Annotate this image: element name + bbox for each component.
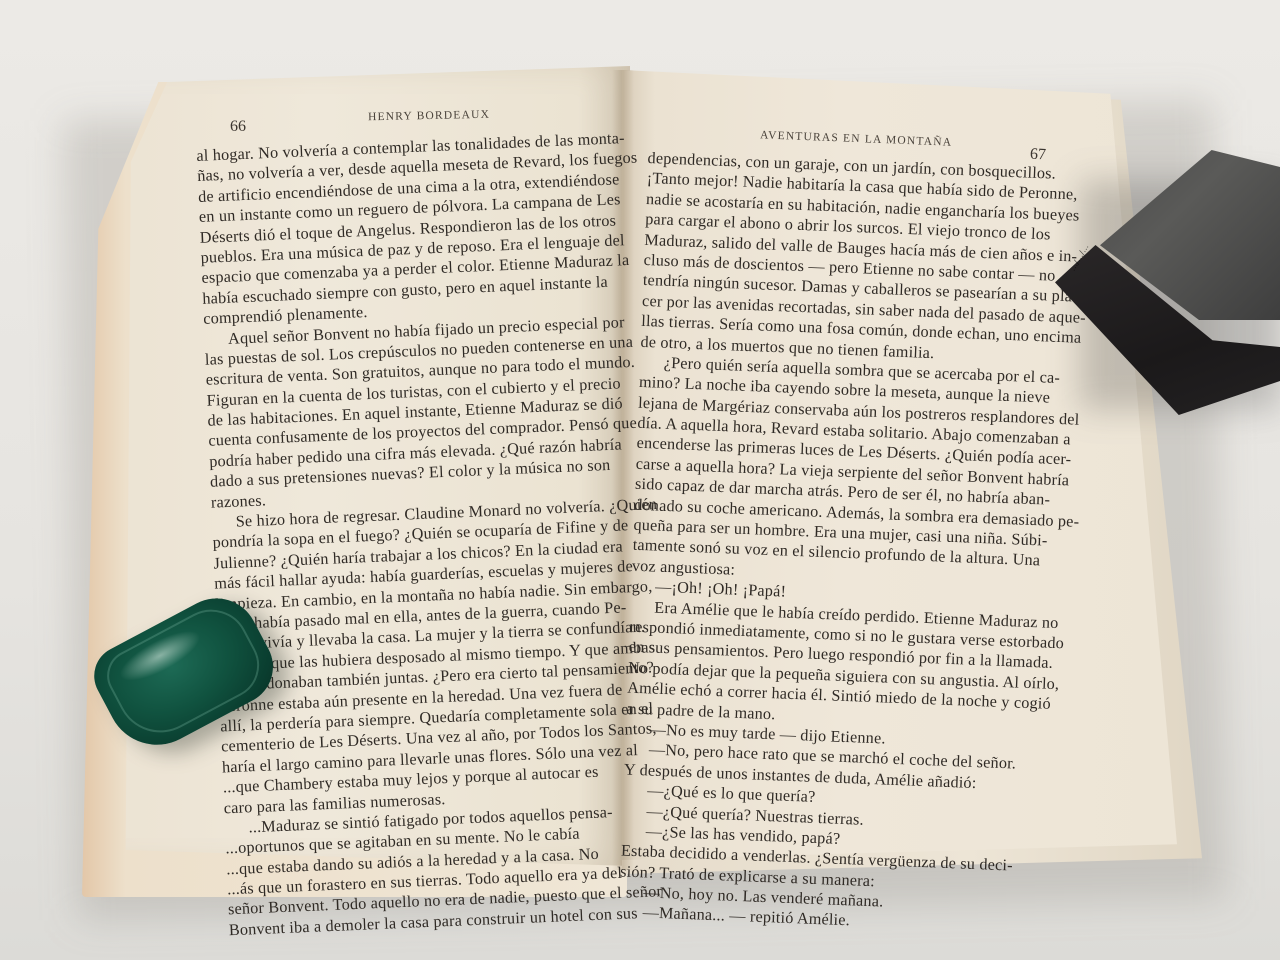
right-page-body: dependencias, con un garaje, con un jard… bbox=[618, 148, 1093, 939]
photo-scene: 66 HENRY BORDEAUX 67 AVENTURAS EN LA MON… bbox=[0, 0, 1280, 960]
right-page-number: 67 bbox=[1030, 146, 1047, 165]
left-running-head: HENRY BORDEAUX bbox=[368, 109, 490, 124]
left-page-body: al hogar. No volvería a contemplar las t… bbox=[196, 127, 675, 940]
left-page-number: 66 bbox=[230, 118, 246, 136]
